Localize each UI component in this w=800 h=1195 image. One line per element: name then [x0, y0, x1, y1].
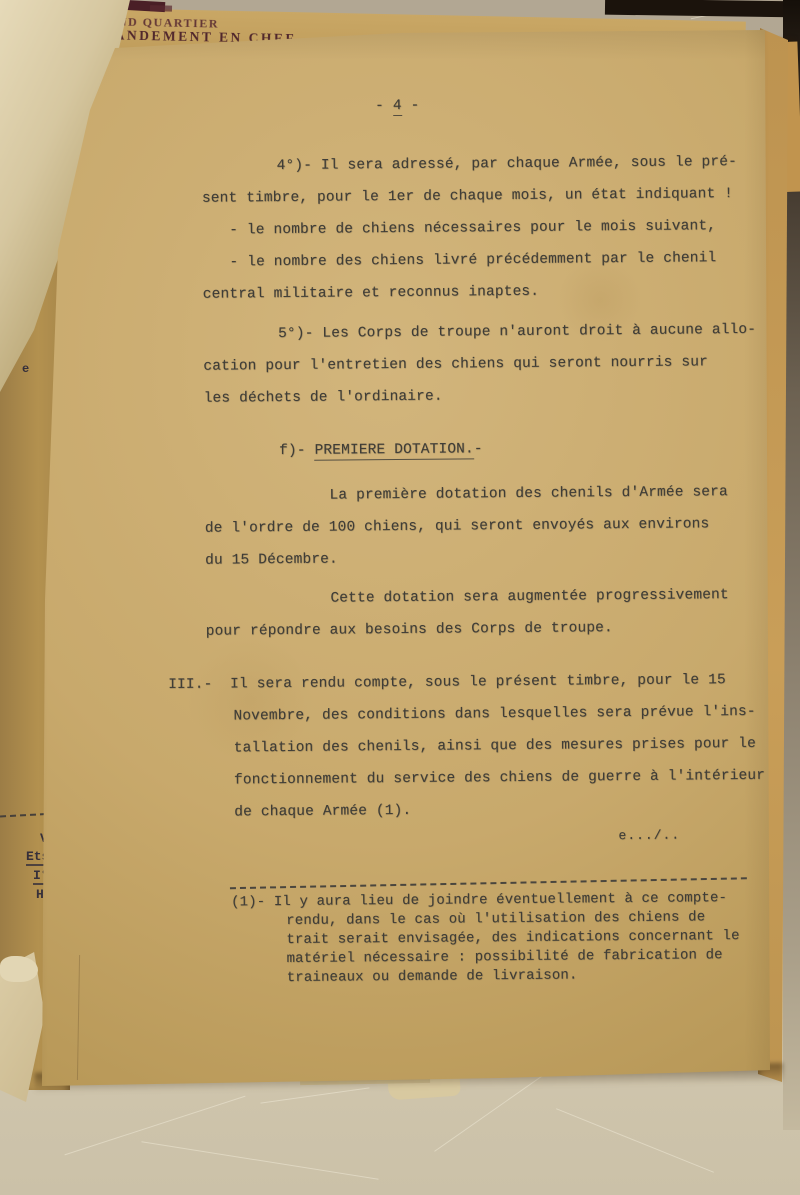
typed-line: cation pour l'entretien des chiens qui s…	[203, 354, 708, 374]
typed-line: pour répondre aux besoins des Corps de t…	[206, 620, 613, 640]
typed-line: - le nombre des chiens livré précédemmen…	[229, 250, 716, 270]
footnote-line: rendu, dans le cas où l'utilisation des …	[286, 909, 705, 929]
typed-line: tallation des chenils, ainsi que des mes…	[234, 736, 756, 757]
footnote-line: trait serait envisagée, des indications …	[286, 928, 739, 948]
footnote-separator-line	[230, 877, 747, 889]
typed-line: central militaire et reconnus inaptes.	[203, 284, 539, 303]
page-number-dash: -	[402, 98, 420, 114]
page-number-dash: -	[375, 98, 393, 114]
typed-line: du 15 Décembre.	[205, 552, 338, 569]
typed-line: les déchets de l'ordinaire.	[204, 389, 443, 407]
typed-line: de l'ordre de 100 chiens, qui seront env…	[205, 516, 710, 536]
footnote-line: matériel nécessaire : possibilité de fab…	[286, 947, 722, 967]
heading-underlined: PREMIERE DOTATION.	[314, 441, 473, 460]
footnote-line: (1)- Il y aura lieu de joindre éventuell…	[231, 890, 727, 910]
typed-line: 5°)- Les Corps de troupe n'auront droit …	[278, 322, 756, 342]
page-number: - 4 -	[375, 98, 419, 114]
typed-line: Novembre, des conditions dans lesquelles…	[233, 704, 755, 725]
typed-line: 4°)- Il sera adressé, par chaque Armée, …	[277, 154, 737, 174]
heading-prefix: f)-	[279, 443, 315, 459]
page-number-value: 4	[393, 98, 402, 116]
typed-line: Cette dotation sera augmentée progressiv…	[330, 587, 728, 606]
continuation-mark: e.../..	[618, 828, 680, 844]
typed-line: - le nombre de chiens nécessaires pour l…	[229, 218, 716, 238]
heading-suffix: -	[474, 441, 483, 457]
typed-line: La première dotation des chenils d'Armée…	[329, 484, 727, 503]
typed-line: sent timbre, pour le 1er de chaque mois,…	[202, 186, 733, 207]
typed-line: de chaque Armée (1).	[234, 803, 411, 821]
section-heading: f)- PREMIERE DOTATION.-	[279, 441, 483, 459]
footnote-line: traineaux ou demande de livraison.	[287, 967, 578, 986]
typed-line: fonctionnement du service des chiens de …	[234, 768, 765, 789]
typed-text-layer: - 4 - 4°)- Il sera adressé, par chaque A…	[0, 0, 800, 1195]
typed-line: III.- Il sera rendu compte, sous le prés…	[168, 672, 726, 693]
